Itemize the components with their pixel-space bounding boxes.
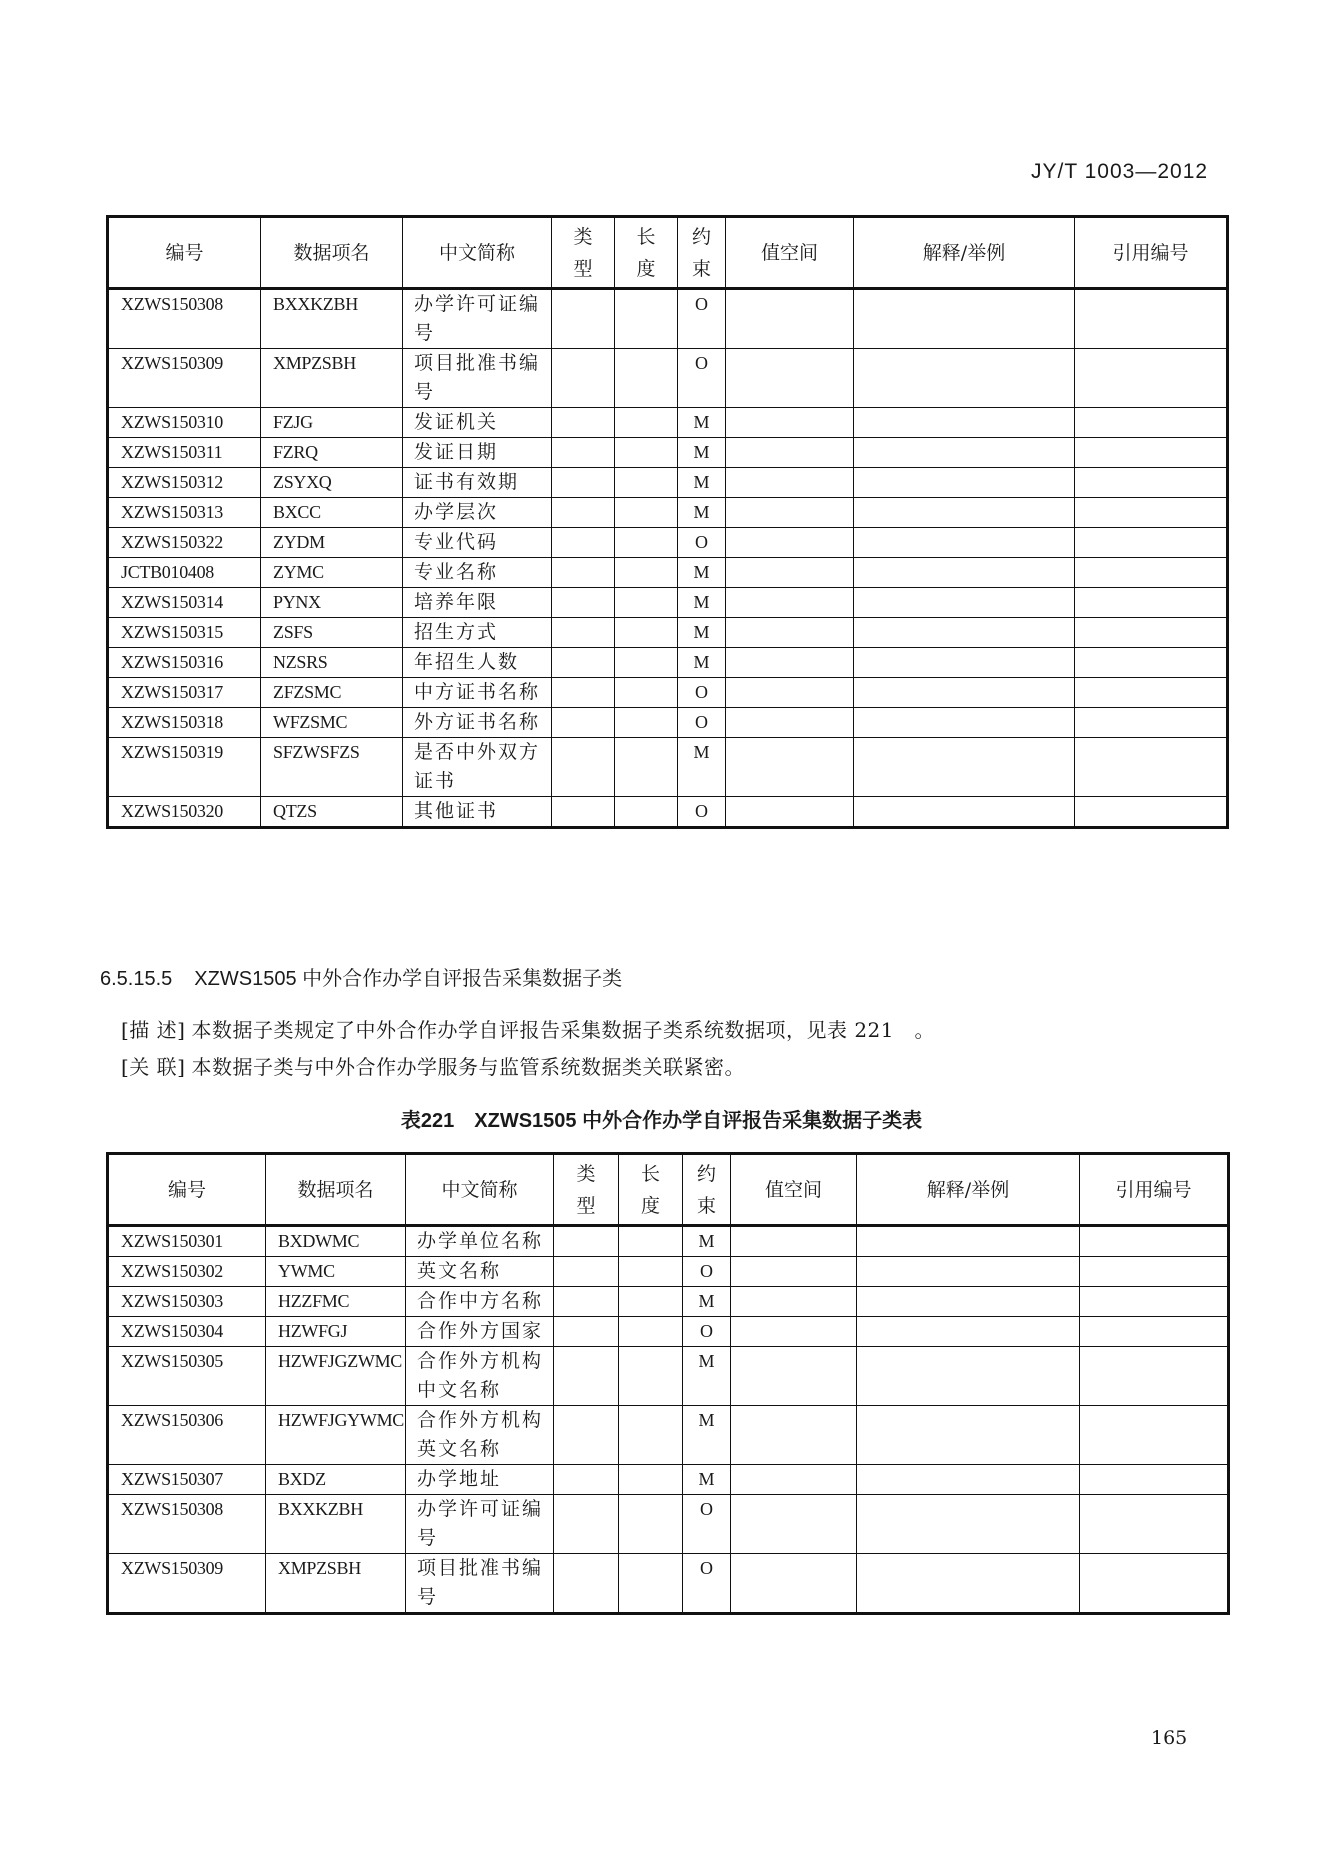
cell-type <box>552 648 615 678</box>
cell-explanation <box>854 468 1075 498</box>
cell-length <box>615 618 678 648</box>
col-header-type: 类型 <box>552 217 615 289</box>
cell-constraint: O <box>678 289 726 349</box>
cell-constraint: M <box>678 468 726 498</box>
cell-cn-abbr: 合作中方名称 <box>406 1287 554 1317</box>
table-row: XZWS150301BXDWMC办学单位名称M <box>108 1226 1229 1257</box>
cell-item-name: HZWFJGZWMC <box>266 1347 406 1406</box>
cell-code: XZWS150322 <box>108 528 261 558</box>
table-row: XZWS150309XMPZSBH项目批准书编号O <box>108 349 1228 408</box>
table-row: XZWS150322ZYDM专业代码O <box>108 528 1228 558</box>
cell-value-space <box>731 1465 857 1495</box>
description-tag: [描 述] <box>121 1018 185 1042</box>
cell-code: XZWS150301 <box>108 1226 266 1257</box>
table-row: XZWS150319SFZWSFZS是否中外双方证书M <box>108 738 1228 797</box>
cell-length <box>615 289 678 349</box>
cell-explanation <box>854 438 1075 468</box>
cell-constraint: O <box>678 528 726 558</box>
cell-cn-abbr: 外方证书名称 <box>403 708 552 738</box>
cell-value-space <box>731 1347 857 1406</box>
cell-ref <box>1075 708 1228 738</box>
cell-item-name: SFZWSFZS <box>261 738 403 797</box>
cell-code: XZWS150312 <box>108 468 261 498</box>
cell-constraint: M <box>683 1287 731 1317</box>
cell-length <box>615 708 678 738</box>
cell-item-name: ZFZSMC <box>261 678 403 708</box>
cell-ref <box>1075 528 1228 558</box>
cell-constraint: O <box>683 1495 731 1554</box>
table-header-row: 编号 数据项名 中文简称 类型 长度 约束 值空间 解释/举例 引用编号 <box>108 1154 1229 1226</box>
cell-item-name: FZRQ <box>261 438 403 468</box>
cell-type <box>554 1347 619 1406</box>
data-table-221: 编号 数据项名 中文简称 类型 长度 约束 值空间 解释/举例 引用编号 XZW… <box>106 1152 1230 1615</box>
cell-explanation <box>854 738 1075 797</box>
cell-type <box>552 738 615 797</box>
table-row: XZWS150305HZWFJGZWMC合作外方机构中文名称M <box>108 1347 1229 1406</box>
cell-ref <box>1080 1554 1229 1614</box>
table-caption-number: 表221 <box>401 1110 454 1132</box>
cell-explanation <box>854 289 1075 349</box>
cell-type <box>552 678 615 708</box>
cell-explanation <box>854 648 1075 678</box>
cell-constraint: O <box>678 708 726 738</box>
cell-ref <box>1080 1317 1229 1347</box>
col-header-explanation: 解释/举例 <box>857 1154 1080 1226</box>
cell-explanation <box>857 1465 1080 1495</box>
cell-length <box>615 738 678 797</box>
cell-length <box>615 349 678 408</box>
cell-explanation <box>857 1347 1080 1406</box>
cell-value-space <box>731 1495 857 1554</box>
cell-constraint: M <box>683 1226 731 1257</box>
cell-item-name: XMPZSBH <box>266 1554 406 1614</box>
cell-explanation <box>854 618 1075 648</box>
cell-cn-abbr: 项目批准书编号 <box>406 1554 554 1614</box>
cell-cn-abbr: 招生方式 <box>403 618 552 648</box>
cell-item-name: ZYDM <box>261 528 403 558</box>
cell-cn-abbr: 合作外方机构中文名称 <box>406 1347 554 1406</box>
cell-code: XZWS150305 <box>108 1347 266 1406</box>
cell-length <box>615 498 678 528</box>
cell-code: XZWS150320 <box>108 797 261 828</box>
cell-constraint: M <box>678 618 726 648</box>
cell-type <box>554 1495 619 1554</box>
cell-value-space <box>726 349 854 408</box>
cell-explanation <box>854 797 1075 828</box>
cell-constraint: O <box>678 678 726 708</box>
cell-code: XZWS150309 <box>108 1554 266 1614</box>
cell-length <box>615 558 678 588</box>
cell-explanation <box>854 349 1075 408</box>
cell-item-name: QTZS <box>261 797 403 828</box>
col-header-constraint: 约束 <box>683 1154 731 1226</box>
cell-item-name: HZWFGJ <box>266 1317 406 1347</box>
cell-constraint: O <box>678 349 726 408</box>
cell-ref <box>1075 618 1228 648</box>
col-header-cn-abbr: 中文简称 <box>406 1154 554 1226</box>
cell-value-space <box>726 498 854 528</box>
table-row: XZWS150307BXDZ办学地址M <box>108 1465 1229 1495</box>
cell-code: XZWS150318 <box>108 708 261 738</box>
cell-type <box>552 438 615 468</box>
cell-code: XZWS150307 <box>108 1465 266 1495</box>
cell-explanation <box>854 708 1075 738</box>
cell-type <box>552 588 615 618</box>
cell-length <box>619 1554 683 1614</box>
cell-explanation <box>857 1226 1080 1257</box>
cell-cn-abbr: 是否中外双方证书 <box>403 738 552 797</box>
cell-explanation <box>854 408 1075 438</box>
table-row: XZWS150304HZWFGJ合作外方国家O <box>108 1317 1229 1347</box>
table-row: XZWS150306HZWFJGYWMC合作外方机构英文名称M <box>108 1406 1229 1465</box>
col-header-item-name: 数据项名 <box>261 217 403 289</box>
cell-value-space <box>726 468 854 498</box>
cell-code: XZWS150315 <box>108 618 261 648</box>
cell-cn-abbr: 合作外方机构英文名称 <box>406 1406 554 1465</box>
table-row: XZWS150315ZSFS招生方式M <box>108 618 1228 648</box>
cell-cn-abbr: 英文名称 <box>406 1257 554 1287</box>
cell-length <box>619 1495 683 1554</box>
table-row: XZWS150309XMPZSBH项目批准书编号O <box>108 1554 1229 1614</box>
cell-type <box>552 797 615 828</box>
cell-length <box>619 1406 683 1465</box>
cell-value-space <box>731 1226 857 1257</box>
cell-type <box>554 1226 619 1257</box>
cell-explanation <box>854 678 1075 708</box>
cell-cn-abbr: 合作外方国家 <box>406 1317 554 1347</box>
cell-code: JCTB010408 <box>108 558 261 588</box>
cell-value-space <box>726 438 854 468</box>
cell-type <box>552 498 615 528</box>
cell-ref <box>1075 349 1228 408</box>
cell-ref <box>1080 1465 1229 1495</box>
col-header-constraint: 约束 <box>678 217 726 289</box>
cell-constraint: O <box>683 1554 731 1614</box>
cell-value-space <box>731 1554 857 1614</box>
cell-length <box>615 678 678 708</box>
cell-explanation <box>857 1287 1080 1317</box>
table-caption: 表221XZWS1505 中外合作办学自评报告采集数据子类表 <box>0 1104 1323 1133</box>
section-title: XZWS1505 中外合作办学自评报告采集数据子类 <box>194 968 622 990</box>
cell-cn-abbr: 中方证书名称 <box>403 678 552 708</box>
cell-item-name: HZZFMC <box>266 1287 406 1317</box>
cell-value-space <box>726 708 854 738</box>
table-header-row: 编号 数据项名 中文简称 类型 长度 约束 值空间 解释/举例 引用编号 <box>108 217 1228 289</box>
cell-code: XZWS150314 <box>108 588 261 618</box>
col-header-ref: 引用编号 <box>1080 1154 1229 1226</box>
cell-item-name: BXCC <box>261 498 403 528</box>
cell-type <box>552 558 615 588</box>
table-row: XZWS150313BXCC办学层次M <box>108 498 1228 528</box>
cell-type <box>552 289 615 349</box>
cell-cn-abbr: 培养年限 <box>403 588 552 618</box>
table-row: XZWS150308BXXKZBH办学许可证编号O <box>108 1495 1229 1554</box>
cell-type <box>552 618 615 648</box>
cell-cn-abbr: 办学单位名称 <box>406 1226 554 1257</box>
cell-item-name: PYNX <box>261 588 403 618</box>
cell-ref <box>1075 558 1228 588</box>
col-header-cn-abbr: 中文简称 <box>403 217 552 289</box>
cell-code: XZWS150311 <box>108 438 261 468</box>
cell-item-name: FZJG <box>261 408 403 438</box>
table-row: XZWS150302YWMC英文名称O <box>108 1257 1229 1287</box>
cell-type <box>554 1406 619 1465</box>
col-header-length: 长度 <box>615 217 678 289</box>
cell-cn-abbr: 办学许可证编号 <box>406 1495 554 1554</box>
cell-code: XZWS150309 <box>108 349 261 408</box>
cell-type <box>554 1317 619 1347</box>
cell-item-name: HZWFJGYWMC <box>266 1406 406 1465</box>
cell-cn-abbr: 其他证书 <box>403 797 552 828</box>
page-number: 165 <box>1151 1727 1187 1749</box>
table-caption-title: XZWS1505 中外合作办学自评报告采集数据子类表 <box>474 1110 922 1132</box>
cell-item-name: XMPZSBH <box>261 349 403 408</box>
cell-explanation <box>857 1257 1080 1287</box>
cell-type <box>554 1287 619 1317</box>
col-header-explanation: 解释/举例 <box>854 217 1075 289</box>
cell-constraint: O <box>683 1317 731 1347</box>
cell-ref <box>1080 1257 1229 1287</box>
cell-code: XZWS150302 <box>108 1257 266 1287</box>
col-header-code: 编号 <box>108 217 261 289</box>
cell-item-name: BXDZ <box>266 1465 406 1495</box>
cell-cn-abbr: 发证日期 <box>403 438 552 468</box>
cell-item-name: ZSYXQ <box>261 468 403 498</box>
cell-length <box>615 648 678 678</box>
cell-value-space <box>726 738 854 797</box>
cell-value-space <box>731 1406 857 1465</box>
table-row: JCTB010408ZYMC专业名称M <box>108 558 1228 588</box>
cell-item-name: ZSFS <box>261 618 403 648</box>
cell-ref <box>1075 468 1228 498</box>
col-header-item-name: 数据项名 <box>266 1154 406 1226</box>
section-heading: 6.5.15.5XZWS1505 中外合作办学自评报告采集数据子类 <box>100 962 622 991</box>
cell-item-name: BXXKZBH <box>266 1495 406 1554</box>
table-row: XZWS150314PYNX培养年限M <box>108 588 1228 618</box>
cell-code: XZWS150313 <box>108 498 261 528</box>
cell-ref <box>1075 738 1228 797</box>
cell-constraint: M <box>678 738 726 797</box>
cell-ref <box>1080 1495 1229 1554</box>
cell-ref <box>1075 648 1228 678</box>
data-table-continued: 编号 数据项名 中文简称 类型 长度 约束 值空间 解释/举例 引用编号 XZW… <box>106 215 1229 829</box>
table-row: XZWS150312ZSYXQ证书有效期M <box>108 468 1228 498</box>
cell-type <box>554 1257 619 1287</box>
cell-length <box>615 468 678 498</box>
description-paragraph: [描 述]本数据子类规定了中外合作办学自评报告采集数据子类系统数据项，见表 22… <box>121 1014 935 1043</box>
cell-value-space <box>726 618 854 648</box>
cell-type <box>554 1554 619 1614</box>
cell-length <box>619 1287 683 1317</box>
col-header-code: 编号 <box>108 1154 266 1226</box>
cell-constraint: M <box>678 558 726 588</box>
col-header-ref: 引用编号 <box>1075 217 1228 289</box>
cell-constraint: M <box>678 438 726 468</box>
cell-value-space <box>726 528 854 558</box>
cell-item-name: ZYMC <box>261 558 403 588</box>
cell-code: XZWS150308 <box>108 289 261 349</box>
col-header-value-space: 值空间 <box>731 1154 857 1226</box>
cell-code: XZWS150317 <box>108 678 261 708</box>
cell-type <box>552 708 615 738</box>
cell-constraint: M <box>678 648 726 678</box>
cell-length <box>615 588 678 618</box>
cell-explanation <box>854 498 1075 528</box>
cell-length <box>615 438 678 468</box>
cell-length <box>619 1226 683 1257</box>
description-text: 本数据子类规定了中外合作办学自评报告采集数据子类系统数据项，见表 221 。 <box>191 1018 935 1042</box>
cell-length <box>619 1257 683 1287</box>
cell-type <box>552 528 615 558</box>
cell-value-space <box>731 1287 857 1317</box>
cell-cn-abbr: 专业代码 <box>403 528 552 558</box>
table-row: XZWS150318WFZSMC外方证书名称O <box>108 708 1228 738</box>
cell-item-name: NZSRS <box>261 648 403 678</box>
cell-constraint: M <box>683 1465 731 1495</box>
cell-cn-abbr: 办学层次 <box>403 498 552 528</box>
cell-item-name: YWMC <box>266 1257 406 1287</box>
relation-paragraph: [关 联]本数据子类与中外合作办学服务与监管系统数据类关联紧密。 <box>121 1051 745 1080</box>
cell-code: XZWS150316 <box>108 648 261 678</box>
cell-length <box>619 1317 683 1347</box>
cell-ref <box>1075 438 1228 468</box>
cell-ref <box>1075 289 1228 349</box>
table-row: XZWS150317ZFZSMC中方证书名称O <box>108 678 1228 708</box>
relation-text: 本数据子类与中外合作办学服务与监管系统数据类关联紧密。 <box>191 1055 745 1079</box>
cell-item-name: BXXKZBH <box>261 289 403 349</box>
cell-constraint: O <box>683 1257 731 1287</box>
cell-length <box>615 408 678 438</box>
cell-code: XZWS150303 <box>108 1287 266 1317</box>
cell-ref <box>1075 797 1228 828</box>
cell-code: XZWS150310 <box>108 408 261 438</box>
table-row: XZWS150308BXXKZBH办学许可证编号O <box>108 289 1228 349</box>
cell-code: XZWS150304 <box>108 1317 266 1347</box>
table-row: XZWS150311FZRQ发证日期M <box>108 438 1228 468</box>
cell-explanation <box>854 558 1075 588</box>
cell-explanation <box>854 528 1075 558</box>
cell-item-name: BXDWMC <box>266 1226 406 1257</box>
cell-constraint: M <box>683 1406 731 1465</box>
cell-cn-abbr: 发证机关 <box>403 408 552 438</box>
cell-value-space <box>726 289 854 349</box>
cell-explanation <box>857 1554 1080 1614</box>
table-row: XZWS150320QTZS其他证书O <box>108 797 1228 828</box>
cell-value-space <box>731 1257 857 1287</box>
cell-ref <box>1080 1226 1229 1257</box>
table-row: XZWS150316NZSRS年招生人数M <box>108 648 1228 678</box>
cell-ref <box>1080 1287 1229 1317</box>
cell-ref <box>1075 408 1228 438</box>
cell-length <box>619 1465 683 1495</box>
cell-explanation <box>857 1317 1080 1347</box>
cell-type <box>552 468 615 498</box>
cell-explanation <box>857 1406 1080 1465</box>
cell-explanation <box>857 1495 1080 1554</box>
cell-length <box>619 1347 683 1406</box>
cell-ref <box>1080 1406 1229 1465</box>
cell-type <box>552 408 615 438</box>
cell-value-space <box>726 558 854 588</box>
cell-cn-abbr: 专业名称 <box>403 558 552 588</box>
col-header-type: 类型 <box>554 1154 619 1226</box>
cell-cn-abbr: 项目批准书编号 <box>403 349 552 408</box>
cell-ref <box>1075 588 1228 618</box>
cell-value-space <box>726 588 854 618</box>
cell-item-name: WFZSMC <box>261 708 403 738</box>
cell-value-space <box>726 648 854 678</box>
cell-ref <box>1075 678 1228 708</box>
cell-code: XZWS150319 <box>108 738 261 797</box>
cell-value-space <box>726 408 854 438</box>
cell-explanation <box>854 588 1075 618</box>
cell-code: XZWS150308 <box>108 1495 266 1554</box>
cell-constraint: M <box>678 498 726 528</box>
cell-constraint: M <box>678 408 726 438</box>
cell-value-space <box>726 678 854 708</box>
cell-cn-abbr: 办学地址 <box>406 1465 554 1495</box>
cell-constraint: M <box>683 1347 731 1406</box>
cell-cn-abbr: 办学许可证编号 <box>403 289 552 349</box>
cell-code: XZWS150306 <box>108 1406 266 1465</box>
relation-tag: [关 联] <box>121 1055 185 1079</box>
cell-constraint: O <box>678 797 726 828</box>
cell-type <box>554 1465 619 1495</box>
cell-value-space <box>731 1317 857 1347</box>
cell-length <box>615 797 678 828</box>
cell-cn-abbr: 年招生人数 <box>403 648 552 678</box>
table-row: XZWS150310FZJG发证机关M <box>108 408 1228 438</box>
cell-cn-abbr: 证书有效期 <box>403 468 552 498</box>
cell-ref <box>1075 498 1228 528</box>
col-header-value-space: 值空间 <box>726 217 854 289</box>
col-header-length: 长度 <box>619 1154 683 1226</box>
standard-code: JY/T 1003—2012 <box>1031 160 1208 184</box>
table-row: XZWS150303HZZFMC合作中方名称M <box>108 1287 1229 1317</box>
cell-type <box>552 349 615 408</box>
cell-length <box>615 528 678 558</box>
section-number: 6.5.15.5 <box>100 968 172 990</box>
cell-ref <box>1080 1347 1229 1406</box>
cell-value-space <box>726 797 854 828</box>
cell-constraint: M <box>678 588 726 618</box>
